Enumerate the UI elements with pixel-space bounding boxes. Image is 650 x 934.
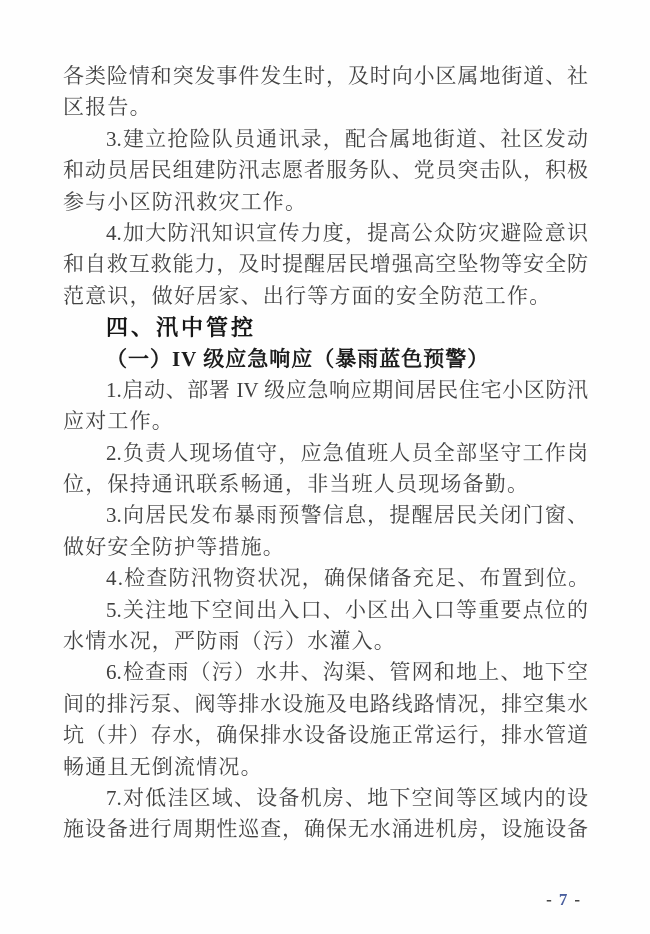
text-line: 间的排污泵、阀等排水设施及电路线路情况，排空集水 (63, 689, 588, 720)
text-line: 3.建立抢险队员通讯录，配合属地街道、社区发动 (63, 124, 588, 155)
document-page: 各类险情和突发事件发生时，及时向小区属地街道、社区报告。3.建立抢险队员通讯录，… (0, 0, 650, 934)
text-line: 区报告。 (63, 92, 588, 123)
text-line: 3.向居民发布暴雨预警信息，提醒居民关闭门窗、 (63, 500, 588, 531)
text-line: 坑（井）存水，确保排水设备设施正常运行，排水管道 (63, 720, 588, 751)
text-line: 做好安全防护等措施。 (63, 532, 588, 563)
heading-line: 四、汛中管控 (63, 312, 588, 343)
footer-dash-right: - (574, 890, 580, 909)
text-line: 参与小区防汛救灾工作。 (63, 187, 588, 218)
text-line: 范意识，做好居家、出行等方面的安全防范工作。 (63, 281, 588, 312)
text-line: 各类险情和突发事件发生时，及时向小区属地街道、社 (63, 61, 588, 92)
heading-line: （一）IV 级应急响应（暴雨蓝色预警） (63, 344, 588, 375)
text-block: 各类险情和突发事件发生时，及时向小区属地街道、社区报告。3.建立抢险队员通讯录，… (63, 61, 588, 846)
text-line: 2.负责人现场值守，应急值班人员全部坚守工作岗 (63, 438, 588, 469)
text-line: 位，保持通讯联系畅通，非当班人员现场备勤。 (63, 469, 588, 500)
text-line: 畅通且无倒流情况。 (63, 752, 588, 783)
text-line: 7.对低洼区域、设备机房、地下空间等区域内的设 (63, 783, 588, 814)
text-line: 和动员居民组建防汛志愿者服务队、党员突击队，积极 (63, 155, 588, 186)
text-line: 1.启动、部署 IV 级应急响应期间居民住宅小区防汛 (63, 375, 588, 406)
text-line: 水情水况，严防雨（污）水灌入。 (63, 626, 588, 657)
text-line: 5.关注地下空间出入口、小区出入口等重要点位的 (63, 595, 588, 626)
text-line: 6.检查雨（污）水井、沟渠、管网和地上、地下空 (63, 657, 588, 688)
footer-dash-left: - (546, 890, 552, 909)
page-footer: -7- (546, 890, 580, 910)
text-line: 4.加大防汛知识宣传力度，提高公众防灾避险意识 (63, 218, 588, 249)
footer-page-number: 7 (559, 890, 568, 909)
text-line: 和自救互救能力，及时提醒居民增强高空坠物等安全防 (63, 249, 588, 280)
text-line: 应对工作。 (63, 406, 588, 437)
text-line: 施设备进行周期性巡查，确保无水涌进机房，设施设备 (63, 814, 588, 845)
text-line: 4.检查防汛物资状况，确保储备充足、布置到位。 (63, 563, 588, 594)
